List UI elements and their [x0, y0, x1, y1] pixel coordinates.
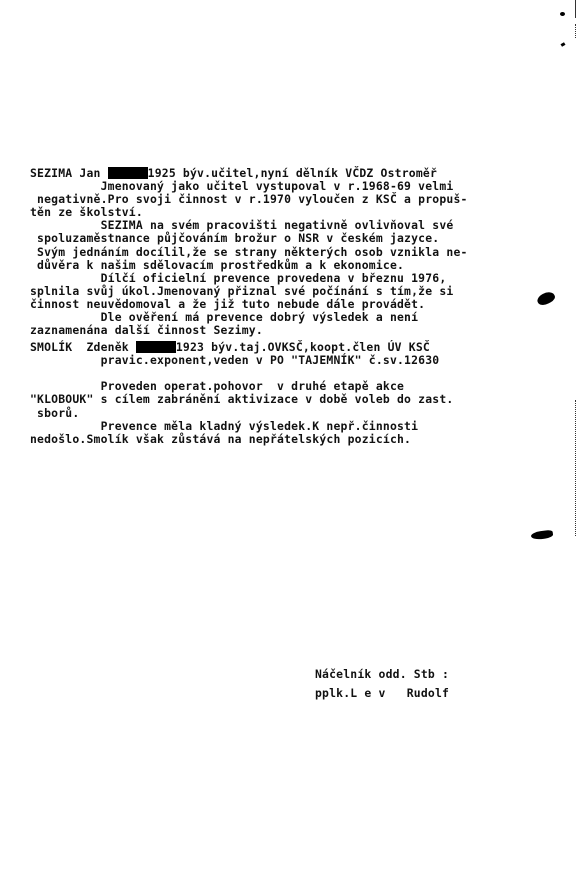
signature-name: pplk.L e v Rudolf [315, 687, 449, 700]
ink-blot-mark [531, 530, 554, 541]
ink-speck-mark [560, 12, 565, 16]
scan-edge-line [575, 400, 577, 536]
ink-blot-mark [535, 289, 556, 307]
scan-edge-line [575, 24, 577, 38]
redaction-bar [108, 167, 148, 179]
typed-line: spoluzaměstnance půjčováním brožur o NSR… [30, 232, 439, 245]
document-page: SEZIMA Jan 1925 býv.učitel,nyní dělník V… [0, 0, 588, 879]
person-details: 1923 býv.taj.OVKSČ,koopt.člen ÚV KSČ [176, 340, 430, 354]
scan-edge-line [575, 0, 577, 18]
ink-speck-mark [561, 42, 566, 47]
person-name: SEZIMA Jan [30, 166, 108, 180]
typed-line: zaznamenána další činnost Sezimy. [30, 324, 263, 337]
person-name: SMOLÍK Zdeněk [30, 340, 136, 354]
typed-line: nedošlo.Smolík však zůstává na nepřátels… [30, 433, 411, 446]
typed-line: pravic.exponent,veden v PO "TAJEMNÍK" č.… [30, 354, 439, 367]
signature-title: Náčelník odd. Stb : [315, 668, 449, 681]
typed-line: "KLOBOUK" s cílem zabránění aktivizace v… [30, 393, 453, 406]
person-details: 1925 býv.učitel,nyní dělník VČDZ Ostromě… [148, 166, 437, 180]
redaction-bar [136, 341, 176, 353]
